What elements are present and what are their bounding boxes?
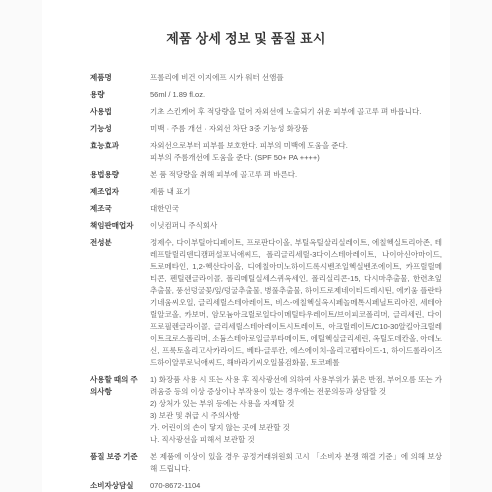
table-row: 기능성 미백 · 주름 개선 · 자외선 차단 3중 기능성 화장품 [90, 123, 442, 135]
table-row: 전성분 정제수, 다이부틸아디페이트, 프로판다이올, 부틸옥틸살리실레이트, … [90, 237, 442, 369]
row-value: 1) 화장품 사용 시 또는 사용 후 직사광선에 의하여 사용부위가 붉은 반… [150, 374, 442, 446]
row-label: 제조국 [90, 203, 150, 215]
table-row: 사용법 기초 스킨케어 후 적당량을 덜어 자외선에 노출되기 쉬운 피부에 골… [90, 106, 442, 118]
row-label: 사용법 [90, 106, 150, 118]
table-row: 용법용량 본 품 적당량을 취해 피부에 골고루 펴 바른다. [90, 169, 442, 181]
row-value: 프롤리에 비건 이지에프 시카 워터 선앰플 [150, 72, 442, 84]
row-label: 전성분 [90, 237, 150, 249]
table-row: 제조국 대한민국 [90, 203, 442, 215]
table-row: 제조업자 제품 내 표기 [90, 186, 442, 198]
row-value: 070-8672-1104 [150, 480, 442, 492]
row-value: 56ml / 1.89 fl.oz. [150, 89, 442, 101]
product-detail-section: 제품 상세 정보 및 품질 표시 제품명 프롤리에 비건 이지에프 시카 워터 … [42, 0, 450, 492]
row-value: 자외선으로부터 피부를 보호한다. 피부의 미백에 도움을 준다. 피부의 주름… [150, 140, 442, 164]
table-row: 품질 보증 기준 본 제품에 이상이 있을 경우 공정거래위원회 고시 「소비자… [90, 451, 442, 475]
row-value: 이닛컴퍼니 주식회사 [150, 220, 442, 232]
table-row: 사용할 때의 주의사항 1) 화장품 사용 시 또는 사용 후 직사광선에 의하… [90, 374, 442, 446]
row-label: 효능효과 [90, 140, 150, 152]
row-label: 기능성 [90, 123, 150, 135]
row-label: 소비자상담실 [90, 480, 150, 492]
row-value: 본 품 적당량을 취해 피부에 골고루 펴 바른다. [150, 169, 442, 181]
row-value: 본 제품에 이상이 있을 경우 공정거래위원회 고시 「소비자 분쟁 해결 기준… [150, 451, 442, 475]
row-label: 품질 보증 기준 [90, 451, 150, 463]
table-row: 책임판매업자 이닛컴퍼니 주식회사 [90, 220, 442, 232]
row-label: 용법용량 [90, 169, 150, 181]
table-row: 효능효과 자외선으로부터 피부를 보호한다. 피부의 미백에 도움을 준다. 피… [90, 140, 442, 164]
product-info-table: 제품명 프롤리에 비건 이지에프 시카 워터 선앰플 용량 56ml / 1.8… [42, 72, 450, 492]
row-value: 제품 내 표기 [150, 186, 442, 198]
row-label: 제품명 [90, 72, 150, 84]
row-value: 기초 스킨케어 후 적당량을 덜어 자외선에 노출되기 쉬운 피부에 골고루 펴… [150, 106, 442, 118]
table-row: 용량 56ml / 1.89 fl.oz. [90, 89, 442, 101]
row-value: 정제수, 다이부틸아디페이트, 프로판다이올, 부틸옥틸살리실레이트, 에칠헥실… [150, 237, 442, 369]
page-title: 제품 상세 정보 및 품질 표시 [42, 28, 450, 47]
row-value: 미백 · 주름 개선 · 자외선 차단 3중 기능성 화장품 [150, 123, 442, 135]
row-value: 대한민국 [150, 203, 442, 215]
table-row: 제품명 프롤리에 비건 이지에프 시카 워터 선앰플 [90, 72, 442, 84]
table-row: 소비자상담실 070-8672-1104 [90, 480, 442, 492]
row-label: 사용할 때의 주의사항 [90, 374, 150, 398]
row-label: 용량 [90, 89, 150, 101]
row-label: 제조업자 [90, 186, 150, 198]
row-label: 책임판매업자 [90, 220, 150, 232]
